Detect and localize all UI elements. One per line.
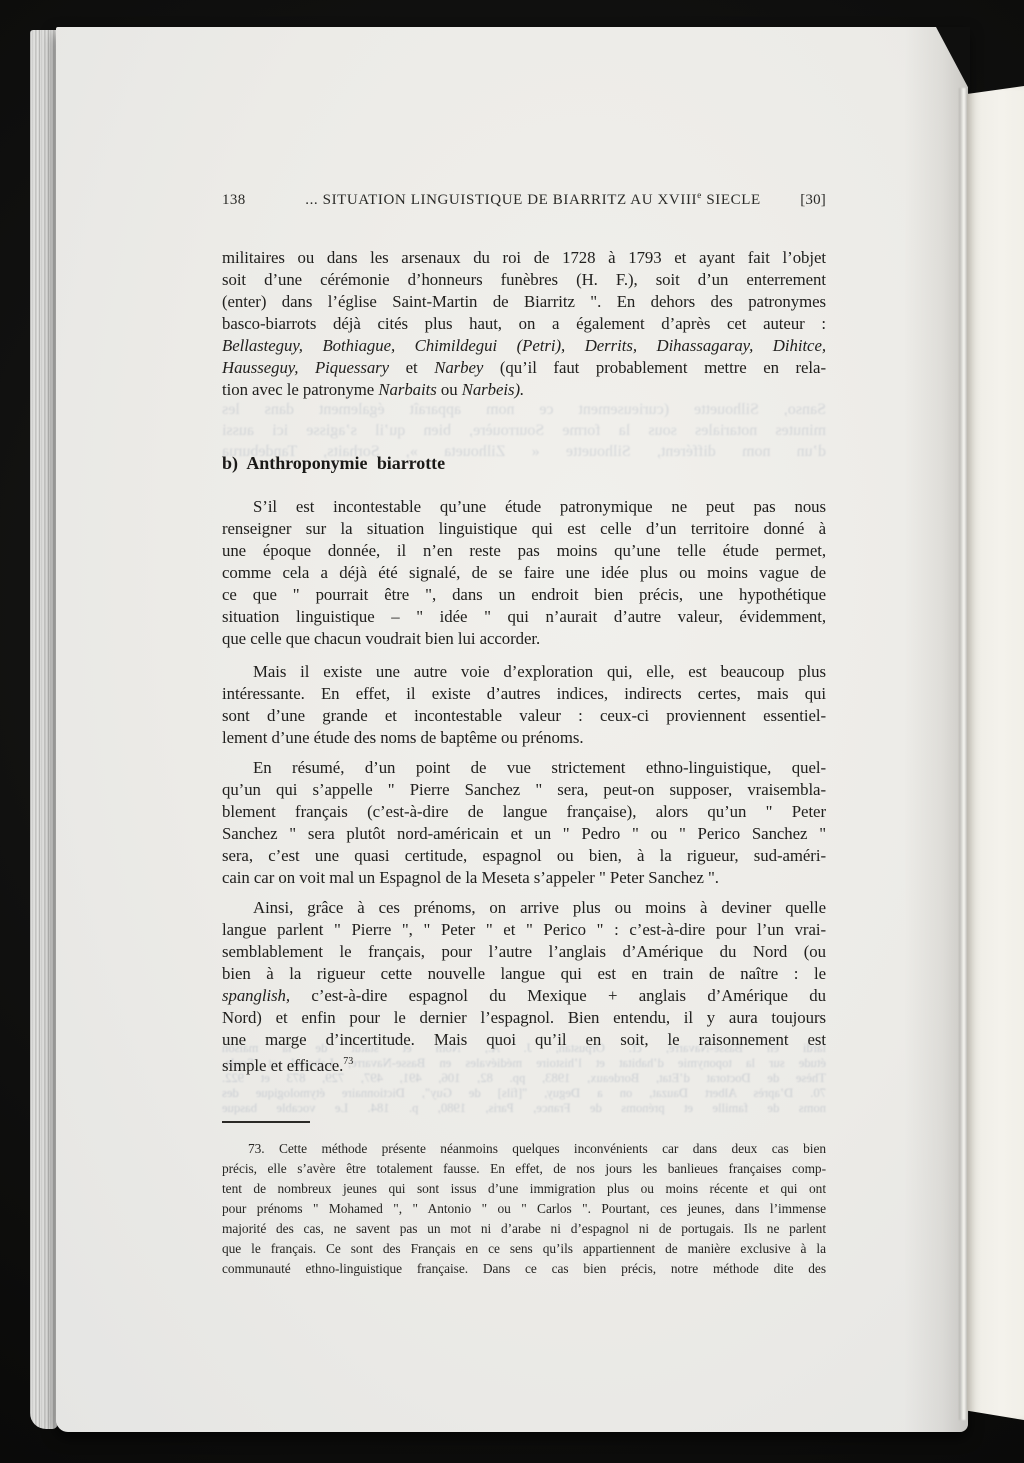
gutter-crease — [959, 88, 968, 1420]
running-header: 138 ... SITUATION LINGUISTIQUE DE BIARRI… — [222, 186, 826, 210]
text-line: comme cela a déjà été signalé, de se fai… — [222, 562, 826, 584]
text-line: S’il est incontestable qu’une étude patr… — [222, 496, 826, 518]
text-line: Ainsi, grâce à ces prénoms, on arrive pl… — [222, 897, 826, 919]
page-edge-stack — [30, 30, 58, 1429]
text-line: 73. Cette méthode présente néanmoins que… — [222, 1139, 826, 1159]
body-paragraph: Ainsi, grâce à ces prénoms, on arrive pl… — [222, 897, 826, 1077]
text-line: pour prénoms " Mohamed ", " Antonio " ou… — [222, 1199, 826, 1219]
text-line: que celle que chacun voudrait bien lui a… — [222, 628, 826, 650]
text-line: En résumé, d’un point de vue strictement… — [222, 757, 826, 779]
text-line: spanglish, c’est-à-dire espagnol du Mexi… — [222, 985, 826, 1007]
text-line: tion avec le patronyme Narbaits ou Narbe… — [222, 379, 826, 401]
text-line: langue parlent " Pierre ", " Peter " et … — [222, 919, 826, 941]
text-line: (enter) dans l’église Saint-Martin de Bi… — [222, 291, 826, 313]
body-paragraph: Mais il existe une autre voie d’explorat… — [222, 661, 826, 749]
page-number: 138 — [222, 190, 292, 210]
text-line: Nord) et enfin pour le dernier l’espagno… — [222, 1007, 826, 1029]
body-paragraph: S’il est incontestable qu’une étude patr… — [222, 496, 826, 650]
text-line: qu’un qui s’appelle " Pierre Sanchez " s… — [222, 779, 826, 801]
body-paragraph: En résumé, d’un point de vue strictement… — [222, 757, 826, 889]
facing-page-sliver — [967, 86, 1024, 1420]
running-title: ... SITUATION LINGUISTIQUE DE BIARRITZ A… — [292, 186, 774, 210]
footnote-block: 73. Cette méthode présente néanmoins que… — [222, 1139, 826, 1279]
text-line: tent de nombreux jeunes qui sont issus d… — [222, 1179, 826, 1199]
text-line: une marge d’incertitude. Mais quoi qu’il… — [222, 1029, 826, 1051]
text-line: bien à la rigueur cette nouvelle langue … — [222, 963, 826, 985]
text-line: Sanchez " sera plutôt nord-américain et … — [222, 823, 826, 845]
body-paragraph: militaires ou dans les arsenaux du roi d… — [222, 247, 826, 401]
text-line: Mais il existe une autre voie d’explorat… — [222, 661, 826, 683]
text-line: basco-biarrots déjà cités plus haut, on … — [222, 313, 826, 335]
body-text: militaires ou dans les arsenaux du roi d… — [222, 247, 826, 1077]
text-line: semblablement le français, pour l’autre … — [222, 941, 826, 963]
text-line: ce que " pourrait être ", dans un endroi… — [222, 584, 826, 606]
text-line: Hausseguy, Piquessary et Narbey (qu’il f… — [222, 357, 826, 379]
text-line: renseigner sur la situation linguistique… — [222, 518, 826, 540]
text-line: blement français (c’est-à-dire de langue… — [222, 801, 826, 823]
text-line: majorité des cas, ne savent pas un mot n… — [222, 1219, 826, 1239]
section-heading: b) Anthroponymie biarrotte — [222, 452, 826, 474]
text-line: cain car on voit mal un Espagnol de la M… — [222, 867, 826, 889]
text-line: militaires ou dans les arsenaux du roi d… — [222, 247, 826, 269]
footnote-separator — [222, 1121, 310, 1123]
text-line: Bellasteguy, Bothiague, Chimildegui (Pet… — [222, 335, 826, 357]
text-line: sont d’une grande et incontestable valeu… — [222, 705, 826, 727]
text-line: situation linguistique – " idée " qui n’… — [222, 606, 826, 628]
text-line: lement d’une étude des noms de baptême o… — [222, 727, 826, 749]
text-line: intéressante. En effet, il existe d’autr… — [222, 683, 826, 705]
page-text-column: 138 ... SITUATION LINGUISTIQUE DE BIARRI… — [222, 0, 826, 1279]
text-line: communauté ethno-linguistique française.… — [222, 1259, 826, 1279]
text-line: précis, elle s’avère être totalement fau… — [222, 1159, 826, 1179]
text-line: que le français. Ce sont des Français en… — [222, 1239, 826, 1259]
bracket-folio-number: [30] — [774, 190, 826, 210]
text-line: soit d’une cérémonie d’honneurs funèbres… — [222, 269, 826, 291]
text-line: simple et efficace.73 — [222, 1051, 826, 1077]
text-line: sera, c’est une quasi certitude, espagno… — [222, 845, 826, 867]
text-line: une époque donnée, il n’en reste pas moi… — [222, 540, 826, 562]
